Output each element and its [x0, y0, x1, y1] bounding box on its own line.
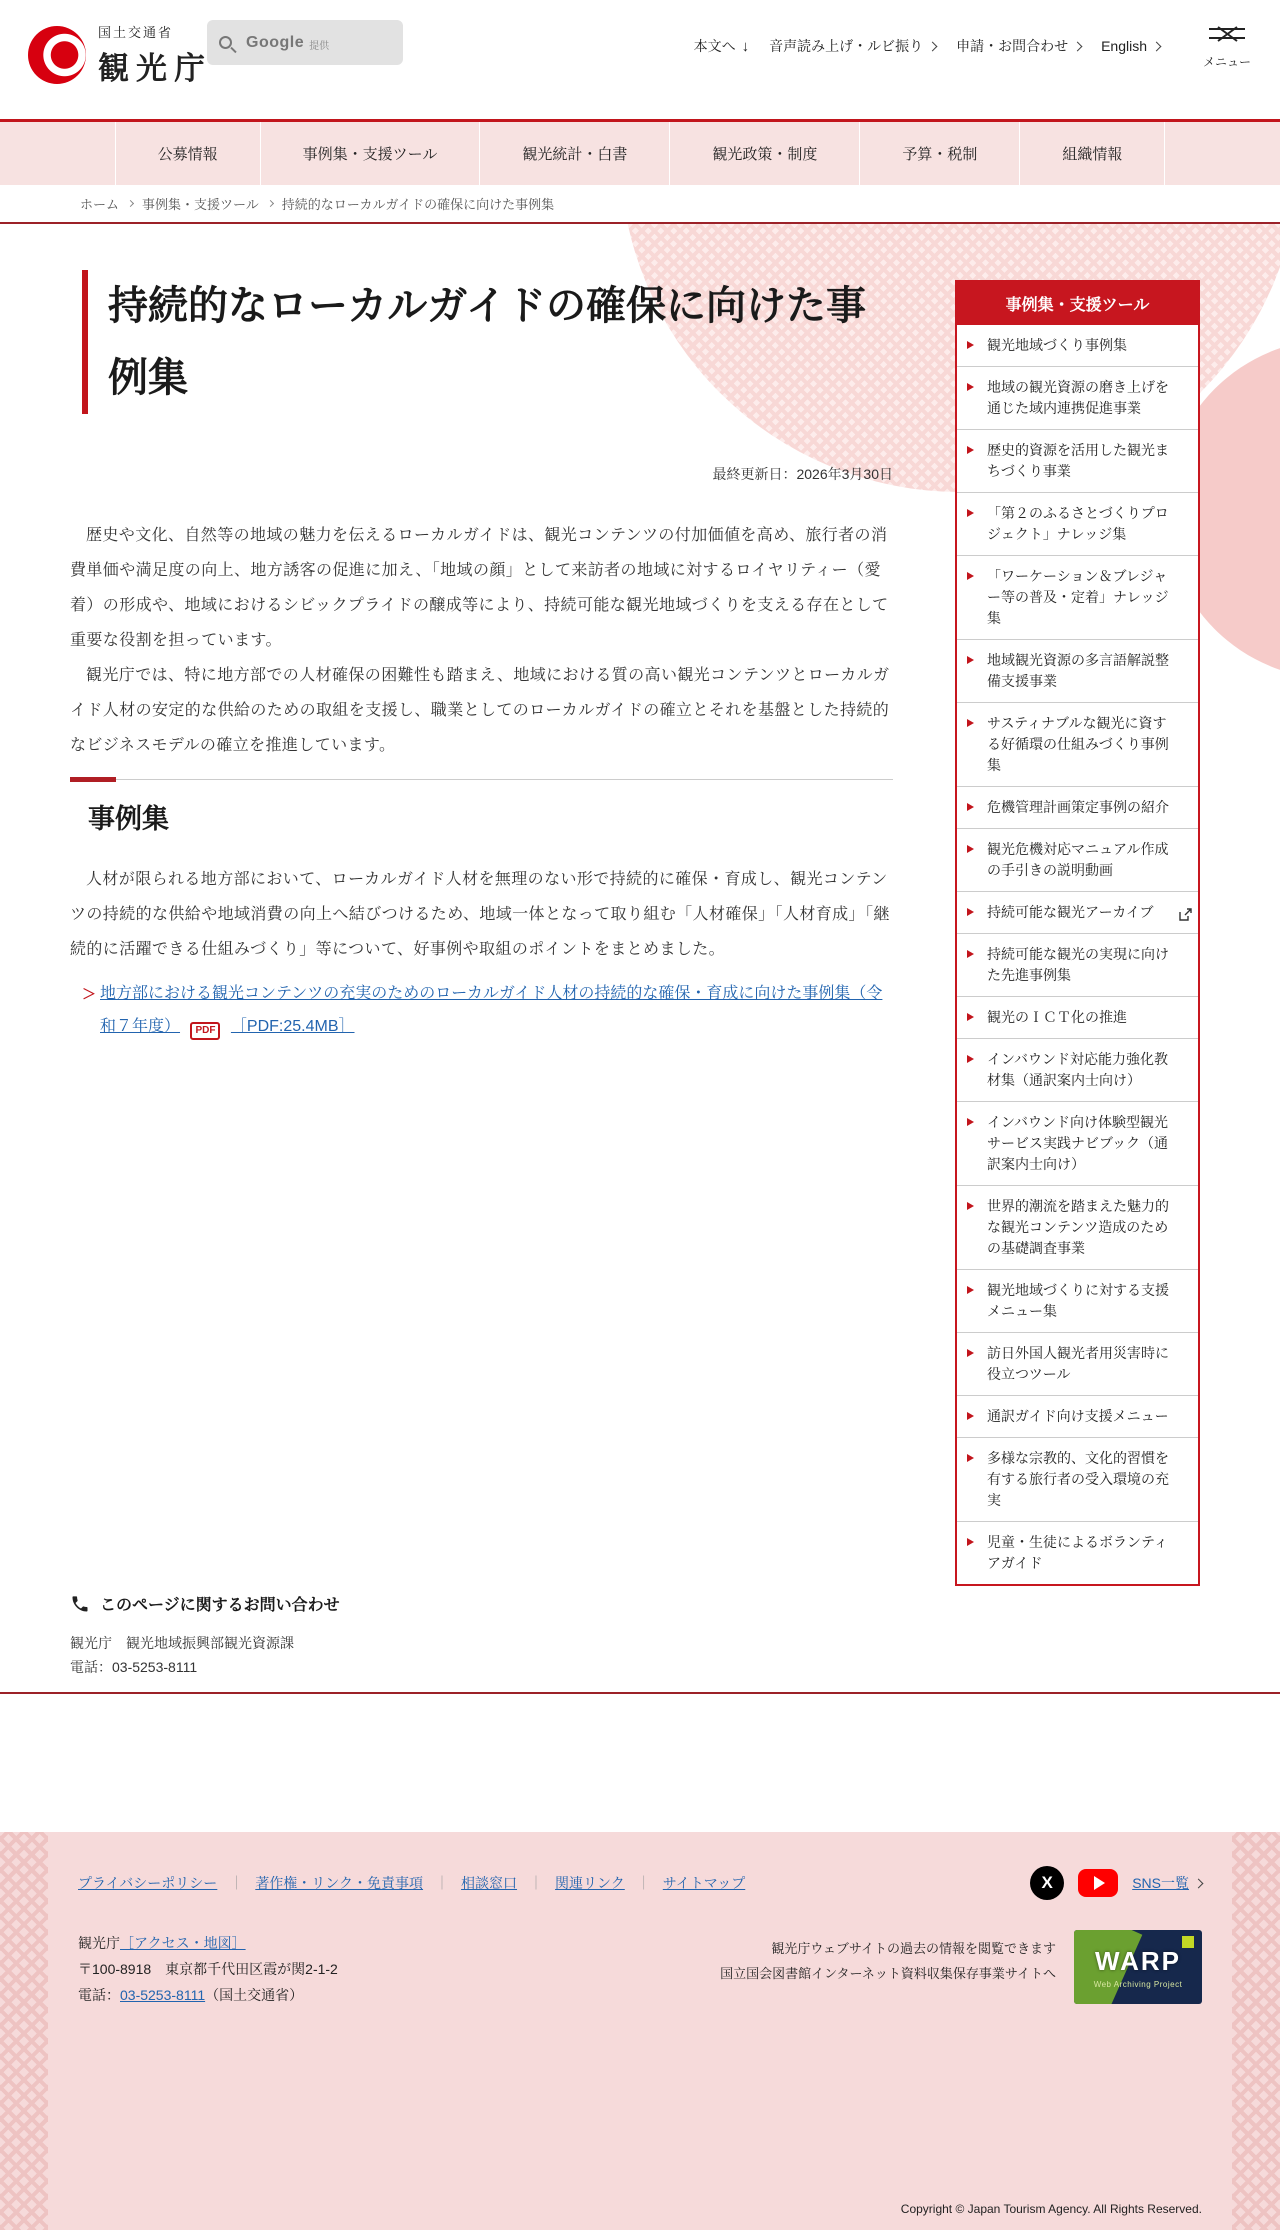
sidebar-item-crisis-plan[interactable]: 危機管理計画策定事例の紹介 [957, 787, 1198, 829]
sidebar-case-studies: 事例集・支援ツール 観光地域づくり事例集 地域の観光資源の磨き上げを通じた域内連… [955, 280, 1200, 1586]
search-provided-label: 提供 [309, 37, 329, 52]
sidebar-item-tourism-region-cases[interactable]: 観光地域づくり事例集 [957, 325, 1198, 367]
sidebar-item-historic-resources[interactable]: 歴史的資源を活用した観光まちづくり事業 [957, 430, 1198, 493]
footer-postal-address: 〒100-8918 東京都千代田区霞が関2-1-2 [78, 1956, 338, 1982]
sidebar-list: 観光地域づくり事例集 地域の観光資源の磨き上げを通じた域内連携促進事業 歴史的資… [957, 325, 1198, 1584]
external-link-icon [1179, 908, 1192, 921]
pdf-document-link-row: ＞ 地方部における観光コンテンツの充実のためのローカルガイド人材の持続的な確保・… [82, 977, 893, 1043]
triangle-bullet-icon [967, 1538, 974, 1546]
triangle-bullet-icon [967, 341, 974, 349]
nav-item-statistics[interactable]: 観光統計・白書 [479, 122, 669, 185]
inquiry-department: 観光庁 観光地域振興部観光資源課 [70, 1631, 340, 1655]
global-nav: 公募情報 事例集・支援ツール 観光統計・白書 観光政策・制度 予算・税制 組織情… [0, 122, 1280, 185]
nav-item-organization[interactable]: 組織情報 [1019, 122, 1165, 185]
play-triangle-icon [1094, 1876, 1105, 1890]
triangle-bullet-icon [967, 1055, 974, 1063]
chevron-right-icon [928, 41, 938, 51]
sidebar-item-sustainable-archive[interactable]: 持続可能な観光アーカイブ [957, 892, 1198, 934]
footer-phone-link[interactable]: 03-5253-8111 [120, 1987, 205, 2003]
menu-icon [1206, 26, 1248, 44]
triangle-bullet-icon [967, 656, 974, 664]
sidebar-item-ict[interactable]: 観光のＩＣＴ化の推進 [957, 997, 1198, 1039]
triangle-bullet-icon [967, 803, 974, 811]
section-rule [70, 777, 893, 782]
down-arrow-icon: ↓ [742, 38, 750, 55]
chevron-right-icon [1152, 41, 1162, 51]
footer-link-privacy[interactable]: プライバシーポリシー [78, 1873, 217, 1893]
sidebar-item-second-hometown[interactable]: 「第２のふるさとづくりプロジェクト」ナレッジ集 [957, 493, 1198, 556]
triangle-bullet-icon [967, 908, 974, 916]
phone-icon [70, 1594, 90, 1614]
chevron-right-icon [267, 200, 274, 207]
warp-logo-link[interactable]: WARP Web Archiving Project [1074, 1930, 1202, 2004]
warp-logo: WARP [1095, 1946, 1181, 1977]
agency-name: 観光庁 [98, 43, 212, 88]
page-inquiry: このページに関するお問い合わせ 観光庁 観光地域振興部観光資源課 電話：03-5… [70, 1592, 340, 1679]
last-updated: 最終更新日：2026年3月30日 [70, 464, 893, 484]
search-engine-label: Google [246, 34, 304, 52]
warp-description-line2: 国立国会図書館インターネット資料収集保存事業サイトへ [720, 1961, 1056, 1986]
nav-item-public-offering[interactable]: 公募情報 [115, 122, 260, 185]
menu-button[interactable]: メニュー [1196, 26, 1258, 70]
skip-to-content-link[interactable]: 本文へ ↓ [694, 36, 750, 56]
sns-area: X SNS一覧 [1030, 1866, 1202, 1900]
sidebar-item-resource-polishing[interactable]: 地域の観光資源の磨き上げを通じた域内連携促進事業 [957, 367, 1198, 430]
link-arrow-icon: ＞ [82, 978, 96, 1011]
triangle-bullet-icon [967, 509, 974, 517]
agency-logo[interactable]: 国土交通省 観光庁 [28, 22, 212, 88]
sidebar-item-inbound-materials[interactable]: インバウンド対応能力強化教材集（通訳案内士向け） [957, 1039, 1198, 1102]
footer-address: 観光庁［アクセス・地図］ 〒100-8918 東京都千代田区霞が関2-1-2 電… [78, 1930, 338, 2008]
sidebar-item-student-volunteer-guide[interactable]: 児童・生徒によるボランティアガイド [957, 1522, 1198, 1584]
triangle-bullet-icon [967, 719, 974, 727]
breadcrumb-case-studies[interactable]: 事例集・支援ツール [142, 194, 259, 213]
search-icon [219, 36, 232, 49]
chevron-right-icon [1073, 41, 1083, 51]
chevron-right-icon [127, 200, 134, 207]
section-body: 人材が限られる地方部において、ローカルガイド人材を無理のない形で持続的に確保・育… [70, 862, 893, 967]
sidebar-item-global-trends-survey[interactable]: 世界的潮流を踏まえた魅力的な観光コンテンツ造成のための基礎調査事業 [957, 1186, 1198, 1270]
chevron-right-icon [1194, 1878, 1204, 1888]
site-header: 国土交通省 観光庁 Google 提供 本文へ ↓ 音声読み上げ・ルビ振り 申請… [0, 0, 1280, 119]
english-link[interactable]: English [1101, 38, 1160, 54]
warp-area: 観光庁ウェブサイトの過去の情報を閲覧できます 国立国会図書館インターネット資料収… [720, 1930, 1202, 2008]
inquiry-heading: このページに関するお問い合わせ [100, 1592, 340, 1615]
triangle-bullet-icon [967, 1118, 974, 1126]
breadcrumb-current-page: 持続的なローカルガイドの確保に向けた事例集 [282, 194, 554, 213]
search-input[interactable]: Google 提供 [207, 20, 403, 65]
sidebar-item-multilingual[interactable]: 地域観光資源の多言語解説整備支援事業 [957, 640, 1198, 703]
sidebar-item-workation[interactable]: 「ワーケーション＆ブレジャー等の普及・定着」ナレッジ集 [957, 556, 1198, 640]
triangle-bullet-icon [967, 1286, 974, 1294]
breadcrumb-home[interactable]: ホーム [80, 194, 119, 213]
section-title: 事例集 [88, 797, 893, 836]
triangle-bullet-icon [967, 572, 974, 580]
intro-text: 歴史や文化、自然等の地域の魅力を伝えるローカルガイドは、観光コンテンツの付加価値… [70, 518, 893, 763]
sidebar-item-inbound-navibook[interactable]: インバウンド向け体験型観光サービス実践ナビブック（通訳案内士向け） [957, 1102, 1198, 1186]
main-column: 持続的なローカルガイドの確保に向けた事例集 最終更新日：2026年3月30日 歴… [70, 224, 893, 1043]
jta-logo-icon [28, 26, 86, 84]
sidebar-item-sustainable-cycle[interactable]: サスティナブルな観光に資する好循環の仕組みづくり事例集 [957, 703, 1198, 787]
pdf-badge-icon: PDF [190, 1022, 220, 1040]
access-map-link[interactable]: ［アクセス・地図］ [120, 1935, 246, 1951]
intro-paragraph: 観光庁では、特に地方部での人材確保の困難性も踏まえ、地域における質の高い観光コン… [70, 658, 893, 763]
nav-item-budget[interactable]: 予算・税制 [859, 122, 1019, 185]
sns-list-link[interactable]: SNS一覧 [1132, 1873, 1202, 1893]
footer-link-consultation[interactable]: 相談窓口 [461, 1873, 517, 1893]
triangle-bullet-icon [967, 1202, 974, 1210]
x-twitter-icon[interactable]: X [1030, 1866, 1064, 1900]
site-footer: プライバシーポリシー ｜ 著作権・リンク・免責事項 ｜ 相談窓口 ｜ 関連リンク… [0, 1832, 1280, 2230]
inquiry-phone: 電話：03-5253-8111 [70, 1655, 340, 1679]
sidebar-item-crisis-manual-video[interactable]: 観光危機対応マニュアル作成の手引きの説明動画 [957, 829, 1198, 892]
utility-nav: 本文へ ↓ 音声読み上げ・ルビ振り 申請・お問合わせ English [694, 36, 1160, 56]
nav-item-policy[interactable]: 観光政策・制度 [669, 122, 859, 185]
agency-parent-name: 国土交通省 [98, 22, 212, 41]
triangle-bullet-icon [967, 845, 974, 853]
sidebar-item-disaster-tools[interactable]: 訪日外国人観光者用災害時に役立つツール [957, 1333, 1198, 1396]
page-title: 持続的なローカルガイドの確保に向けた事例集 [82, 270, 893, 414]
separator: ｜ [229, 1873, 243, 1893]
footer-agency-name: 観光庁 [78, 1935, 120, 1951]
sidebar-item-interpreter-guide-menu[interactable]: 通訳ガイド向け支援メニュー [957, 1396, 1198, 1438]
triangle-bullet-icon [967, 446, 974, 454]
copyright: Copyright © Japan Tourism Agency. All Ri… [901, 2202, 1202, 2216]
sidebar-item-sustainable-advanced-cases[interactable]: 持続可能な観光の実現に向けた先進事例集 [957, 934, 1198, 997]
speech-ruby-link[interactable]: 音声読み上げ・ルビ振り [769, 36, 936, 56]
footer-link-related[interactable]: 関連リンク [555, 1873, 625, 1893]
nav-item-case-studies[interactable]: 事例集・支援ツール [260, 122, 480, 185]
separator: ｜ [637, 1873, 651, 1893]
footer-link-sitemap[interactable]: サイトマップ [663, 1873, 745, 1893]
pdf-size-link[interactable]: ［PDF:25.4MB］ [231, 1018, 355, 1035]
main-content: 持続的なローカルガイドの確保に向けた事例集 最終更新日：2026年3月30日 歴… [0, 224, 1280, 1694]
whitespace [0, 1694, 1280, 1832]
warp-logo-subtitle: Web Archiving Project [1094, 1980, 1183, 1989]
footer-link-copyright-policy[interactable]: 著作権・リンク・免責事項 [255, 1873, 423, 1893]
separator: ｜ [529, 1873, 543, 1893]
breadcrumb: ホーム 事例集・支援ツール 持続的なローカルガイドの確保に向けた事例集 [0, 185, 1280, 222]
triangle-bullet-icon [967, 1412, 974, 1420]
triangle-bullet-icon [967, 1013, 974, 1021]
application-contact-link[interactable]: 申請・お問合わせ [956, 36, 1081, 56]
triangle-bullet-icon [967, 1349, 974, 1357]
intro-paragraph: 歴史や文化、自然等の地域の魅力を伝えるローカルガイドは、観光コンテンツの付加価値… [70, 518, 893, 658]
content-bottom-divider [0, 1692, 1280, 1694]
sidebar-item-support-menu[interactable]: 観光地域づくりに対する支援メニュー集 [957, 1270, 1198, 1333]
youtube-icon[interactable] [1078, 1869, 1118, 1897]
separator: ｜ [435, 1873, 449, 1893]
sidebar-title: 事例集・支援ツール [957, 282, 1198, 325]
footer-links: プライバシーポリシー ｜ 著作権・リンク・免責事項 ｜ 相談窓口 ｜ 関連リンク… [78, 1873, 745, 1893]
triangle-bullet-icon [967, 950, 974, 958]
sidebar-item-religious-cultural[interactable]: 多様な宗教的、文化的習慣を有する旅行者の受入環境の充実 [957, 1438, 1198, 1522]
warp-description-line1: 観光庁ウェブサイトの過去の情報を閲覧できます [720, 1936, 1056, 1961]
triangle-bullet-icon [967, 1454, 974, 1462]
menu-label: メニュー [1196, 53, 1258, 70]
triangle-bullet-icon [967, 383, 974, 391]
